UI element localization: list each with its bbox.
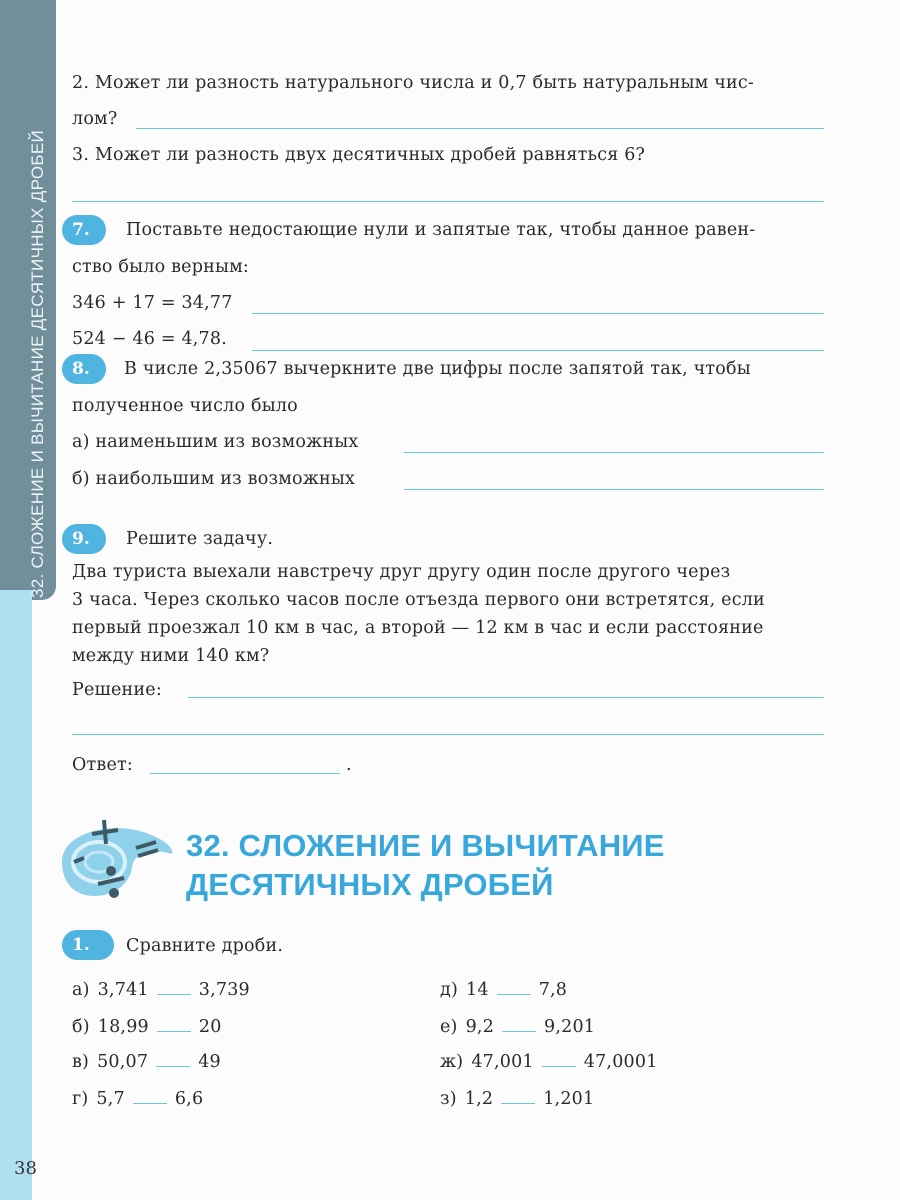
solution-line-2[interactable]: [72, 734, 824, 735]
compare-value-b: 7,8: [539, 982, 567, 1000]
compare-value-b: 49: [198, 1054, 221, 1072]
answer-line-9[interactable]: [150, 773, 340, 774]
task-9-title: Решите задачу.: [126, 531, 273, 549]
compare-sign-blank[interactable]: [497, 980, 531, 995]
compare-sign-blank[interactable]: [157, 980, 191, 995]
answer-line-eq1[interactable]: [252, 313, 824, 314]
compare-item-label: з): [440, 1091, 457, 1109]
compare-item: ж)47,00147,0001: [440, 1052, 658, 1072]
workbook-page: 32. СЛОЖЕНИЕ И ВЫЧИТАНИЕ ДЕСЯТИЧНЫХ ДРОБ…: [0, 0, 900, 1200]
solution-line-1[interactable]: [188, 697, 824, 698]
compare-value-a: 50,07: [97, 1054, 148, 1072]
compare-value-a: 3,741: [98, 982, 149, 1000]
compare-sign-blank[interactable]: [133, 1089, 167, 1104]
section-title-line2: ДЕСЯТИЧНЫХ ДРОБЕЙ: [186, 869, 554, 900]
compare-sign-blank[interactable]: [156, 1052, 190, 1067]
answer-line-eq2[interactable]: [252, 350, 824, 351]
task-7-line1: Поставьте недостающие нули и запятые так…: [126, 222, 755, 240]
compare-value-a: 14: [466, 982, 489, 1000]
answer-line-q2[interactable]: [136, 128, 824, 129]
task-1-title: Сравните дроби.: [126, 938, 283, 956]
compare-item-label: д): [440, 982, 458, 1000]
compare-item: г)5,76,6: [72, 1089, 203, 1109]
compare-sign-blank[interactable]: [542, 1052, 576, 1067]
answer-line-q3[interactable]: [72, 201, 824, 202]
answer-label: Ответ:: [72, 757, 133, 775]
question-2-line2: лом?: [72, 111, 117, 129]
compare-value-b: 3,739: [199, 982, 250, 1000]
compare-value-b: 20: [199, 1019, 222, 1037]
math-operations-emblem-icon: [54, 812, 184, 902]
answer-line-8a[interactable]: [404, 452, 824, 453]
solution-label: Решение:: [72, 682, 162, 700]
answer-period: .: [346, 757, 352, 775]
compare-value-a: 9,2: [466, 1019, 494, 1037]
question-2-line1: 2. Может ли разность натурального числа …: [72, 75, 754, 93]
compare-value-a: 47,001: [471, 1054, 533, 1072]
sidebar-section-label: 32. СЛОЖЕНИЕ И ВЫЧИТАНИЕ ДЕСЯТИЧНЫХ ДРОБ…: [28, 130, 48, 598]
task-8-line1: В числе 2,35067 вычеркните две цифры пос…: [124, 361, 751, 379]
task-9-line2: 3 часа. Через сколько часов после отъезд…: [72, 592, 765, 610]
compare-value-b: 47,0001: [584, 1054, 658, 1072]
compare-item-label: б): [72, 1019, 90, 1037]
task-7-equation-1: 346 + 17 = 34,77: [72, 295, 233, 313]
compare-item: в)50,0749: [72, 1052, 221, 1072]
compare-sign-blank[interactable]: [157, 1017, 191, 1032]
compare-item-label: а): [72, 982, 90, 1000]
task-9-badge: 9.: [62, 524, 106, 554]
task-1-badge: 1.: [62, 930, 114, 960]
compare-value-b: 9,201: [544, 1019, 595, 1037]
compare-item-label: е): [440, 1019, 458, 1037]
task-9-line3: первый проезжал 10 км в час, а второй — …: [72, 620, 764, 638]
compare-item: а)3,7413,739: [72, 980, 250, 1000]
compare-item-label: в): [72, 1054, 89, 1072]
sidebar-strip: [0, 590, 32, 1200]
compare-item-label: г): [72, 1091, 88, 1109]
task-7-badge: 7.: [62, 215, 106, 245]
compare-sign-blank[interactable]: [502, 1017, 536, 1032]
task-8-option-b: б) наибольшим из возможных: [72, 471, 355, 489]
task-8-option-a: а) наименьшим из возможных: [72, 434, 358, 452]
section-title-line1: 32. СЛОЖЕНИЕ И ВЫЧИТАНИЕ: [186, 830, 665, 861]
compare-sign-blank[interactable]: [501, 1089, 535, 1104]
compare-item: б)18,9920: [72, 1017, 222, 1037]
compare-item: з)1,21,201: [440, 1089, 594, 1109]
task-9-line1: Два туриста выехали навстречу друг другу…: [72, 564, 730, 582]
compare-item-label: ж): [440, 1054, 463, 1072]
page-number: 38: [14, 1158, 37, 1179]
compare-value-b: 6,6: [175, 1091, 203, 1109]
compare-item: е)9,29,201: [440, 1017, 595, 1037]
task-9-line4: между ними 140 км?: [72, 648, 269, 666]
question-3: 3. Может ли разность двух десятичных дро…: [72, 147, 645, 165]
compare-value-a: 5,7: [96, 1091, 124, 1109]
compare-value-a: 18,99: [98, 1019, 149, 1037]
compare-item: д)147,8: [440, 980, 567, 1000]
task-7-line2: ство было верным:: [72, 259, 249, 277]
task-8-line2: полученное число было: [72, 398, 298, 416]
compare-value-a: 1,2: [465, 1091, 493, 1109]
task-8-badge: 8.: [62, 354, 106, 384]
answer-line-8b[interactable]: [404, 489, 824, 490]
task-7-equation-2: 524 − 46 = 4,78.: [72, 331, 227, 349]
compare-value-b: 1,201: [543, 1091, 594, 1109]
